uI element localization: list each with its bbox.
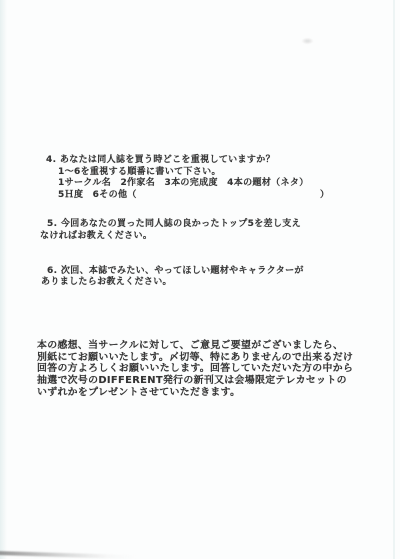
question-4-line-2: 1～6を重視する順番に書いて下さい。 bbox=[58, 167, 221, 179]
closing-note-line-4: 抽選で次号のDIFFERENT発行の新刊又は会場限定テレカセットの bbox=[37, 375, 347, 387]
question-5-line-1: 5. 今回あなたの買った同人誌の良かったトップ5を差し支え bbox=[47, 219, 301, 231]
scan-bottom-shadow-streak bbox=[0, 551, 136, 559]
question-4-line-1: 4. あなたは同人誌を買う時どこを重視していますか？ bbox=[46, 155, 275, 167]
question-4-line-3: 1サークル名 2作家名 3本の完成度 4本の題材（ネタ） bbox=[58, 178, 309, 190]
closing-note-line-2: 別紙にてお願いいたします。〆切等、特にありませんので出来るだけ bbox=[37, 352, 353, 364]
closing-note-line-1: 本の感想、当サークルに対して、ご意見ご要望がございましたら、 bbox=[37, 340, 343, 352]
scan-smudge-mark bbox=[302, 38, 313, 44]
question-6-line-2: ありましたらお教えください。 bbox=[41, 277, 172, 289]
scan-left-edge-tint bbox=[0, 0, 7, 559]
closing-note-line-5: いずれかをプレゼントさせていただきます。 bbox=[37, 387, 240, 399]
question-6-line-1: 6. 次回、本誌でみたい、やってほしい題材やキャラクターが bbox=[47, 266, 304, 278]
scanned-questionnaire-page: 4. あなたは同人誌を買う時どこを重視していますか？ 1～6を重視する順番に書い… bbox=[0, 0, 400, 559]
question-4-answer-close-paren: ） bbox=[320, 190, 329, 202]
question-4-line-4: 5Ｈ度 6その他（ bbox=[58, 190, 137, 202]
closing-note-line-3: 回答の方よろしくお願いいたします。回答していただいた方の中から bbox=[37, 363, 353, 375]
question-5-line-2: なければお教えください。 bbox=[40, 231, 152, 243]
scan-right-edge-line bbox=[393, 0, 395, 559]
